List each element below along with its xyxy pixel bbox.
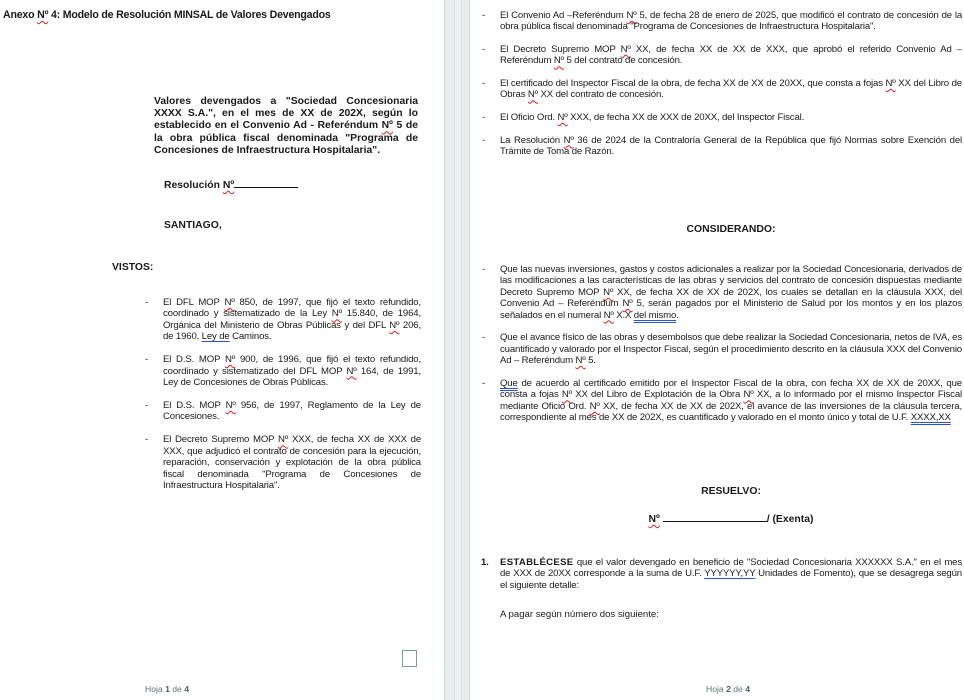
dash-bullet: - bbox=[482, 378, 485, 389]
document-page-2: - El Convenio Ad –Referéndum Nº 5, de fe… bbox=[470, 0, 964, 700]
spellcheck-word[interactable]: Nº bbox=[225, 354, 235, 365]
resolution-number-line: Resolución Nº bbox=[164, 178, 298, 191]
footer-text: Hoja bbox=[706, 684, 726, 694]
spellcheck-word[interactable]: Nº bbox=[590, 401, 600, 412]
page-indicator: Hoja 1 de 4 bbox=[145, 684, 189, 694]
item-text: 5. bbox=[586, 355, 596, 366]
city-line: SANTIAGO, bbox=[164, 220, 222, 231]
item-text: 5 del contrato de concesión. bbox=[564, 55, 682, 66]
spellcheck-word[interactable]: Nº bbox=[603, 287, 613, 298]
page-gutter-divider bbox=[444, 0, 470, 700]
vistos-heading: VISTOS: bbox=[112, 262, 153, 273]
resolution-number-field: Nº / (Exenta) bbox=[500, 512, 962, 525]
spellcheck-word[interactable]: Nº bbox=[226, 400, 236, 411]
annex-title-text: Anexo bbox=[3, 9, 37, 21]
annex-title: Anexo Nº 4: Modelo de Resolución MINSAL … bbox=[3, 9, 331, 21]
list-item: - El Decreto Supremo MOP Nº XX, de fecha… bbox=[500, 44, 962, 67]
footer-text: de bbox=[170, 684, 184, 694]
grammar-marked-text[interactable]: XXXX,XX bbox=[911, 412, 951, 423]
item-text: . bbox=[676, 310, 679, 321]
dash-bullet: - bbox=[482, 10, 485, 21]
spellcheck-word[interactable]: Nº bbox=[621, 44, 631, 55]
spellcheck-word[interactable]: Nº bbox=[382, 120, 393, 131]
blank-line bbox=[234, 178, 298, 188]
total-pages: 4 bbox=[184, 684, 189, 694]
spellcheck-word[interactable]: Nº bbox=[528, 89, 538, 100]
spellcheck-word[interactable]: Nº bbox=[278, 434, 288, 445]
spellcheck-word[interactable]: Nº bbox=[604, 310, 614, 321]
item-text: Caminos. bbox=[230, 331, 272, 342]
item-text: El Decreto Supremo MOP bbox=[163, 434, 278, 445]
item-text: El DFL MOP bbox=[163, 297, 224, 308]
spellcheck-word[interactable]: Nº bbox=[554, 55, 564, 66]
document-page-1: Anexo Nº 4: Modelo de Resolución MINSAL … bbox=[0, 0, 444, 700]
annex-title-text: 4: Modelo de Resolución MINSAL de Valore… bbox=[48, 9, 330, 21]
grammar-marked-text[interactable]: Que bbox=[500, 378, 518, 389]
blank-line bbox=[663, 512, 767, 522]
considerando-list: - Que las nuevas inversiones, gastos y c… bbox=[500, 264, 962, 435]
vistos-continued-list: - El Convenio Ad –Referéndum Nº 5, de fe… bbox=[500, 10, 962, 169]
dash-bullet: - bbox=[482, 112, 485, 123]
dash-bullet: - bbox=[482, 264, 485, 275]
spellcheck-word[interactable]: Nº bbox=[347, 366, 357, 377]
dash-bullet: - bbox=[145, 434, 148, 445]
list-item: - El D.S. MOP Nº 900, de 1996, que fijó … bbox=[163, 354, 421, 388]
item-text: XX del Libro de Explotación de la Obra bbox=[572, 389, 743, 400]
spellcheck-word[interactable]: Nº bbox=[743, 389, 753, 400]
spellcheck-word[interactable]: Nº bbox=[223, 180, 234, 191]
page-indicator: Hoja 2 de 4 bbox=[706, 684, 750, 694]
dash-bullet: - bbox=[145, 354, 148, 365]
paragraph-keyword: ESTABLÉCESE bbox=[500, 557, 574, 568]
item-text: X.X bbox=[614, 310, 634, 321]
dash-bullet: - bbox=[482, 332, 485, 343]
payment-note: A pagar según número dos siguiente: bbox=[500, 609, 659, 620]
spellcheck-word[interactable]: Nº bbox=[622, 298, 632, 309]
resolution-label: Resolución bbox=[164, 180, 223, 191]
item-text: El Oficio Ord. bbox=[500, 112, 557, 123]
spellcheck-word[interactable]: Nº bbox=[224, 297, 234, 308]
spellcheck-word[interactable]: Nº bbox=[649, 514, 660, 525]
list-item: - Que el avance físico de las obras y de… bbox=[500, 332, 962, 366]
spellcheck-word[interactable]: Nº bbox=[37, 9, 48, 21]
spellcheck-word[interactable]: Nº bbox=[332, 308, 342, 319]
item-text: El certificado del Inspector Fiscal de l… bbox=[500, 78, 886, 89]
dash-bullet: - bbox=[145, 400, 148, 411]
list-item: - La Resolución Nº 36 de 2024 de la Cont… bbox=[500, 135, 962, 158]
list-item: - Que de acuerdo al certificado emitido … bbox=[500, 378, 962, 424]
item-text: La Resolución bbox=[500, 135, 564, 146]
considerando-heading: CONSIDERANDO: bbox=[500, 224, 962, 235]
grammar-marked-text[interactable]: Ley de bbox=[202, 331, 230, 342]
paragraph-number: 1. bbox=[481, 557, 489, 568]
list-item: - El DFL MOP Nº 850, de 1997, que fijó e… bbox=[163, 297, 421, 343]
list-item: - El D.S. MOP Nº 956, de 1997, Reglament… bbox=[163, 400, 421, 423]
exenta-label: / (Exenta) bbox=[767, 514, 814, 525]
list-item: - El certificado del Inspector Fiscal de… bbox=[500, 78, 962, 101]
footer-text: Hoja bbox=[145, 684, 165, 694]
item-text: El Decreto Supremo MOP bbox=[500, 44, 621, 55]
numbered-paragraph-1: 1. ESTABLÉCESE que el valor devengado en… bbox=[500, 557, 962, 591]
item-text: Que el avance físico de las obras y dese… bbox=[500, 332, 962, 366]
abstract-text: Valores devengados a "Sociedad Concesion… bbox=[154, 96, 418, 131]
grammar-marked-text[interactable]: del mismo bbox=[634, 310, 676, 321]
item-text: El D.S. MOP bbox=[163, 354, 225, 365]
spellcheck-word[interactable]: Nº bbox=[389, 320, 399, 331]
item-text: XX del contrato de concesión. bbox=[538, 89, 664, 100]
spellcheck-word[interactable]: Nº bbox=[626, 10, 636, 21]
list-item: - El Decreto Supremo MOP Nº XXX, de fech… bbox=[163, 434, 421, 491]
item-text: XXX, de fecha XX de XXX de 20XX, del Ins… bbox=[568, 112, 805, 123]
list-item: - El Oficio Ord. Nº XXX, de fecha XX de … bbox=[500, 112, 962, 123]
list-item: - Que las nuevas inversiones, gastos y c… bbox=[500, 264, 962, 321]
item-text: El Convenio Ad –Referéndum bbox=[500, 10, 626, 21]
resolution-abstract: Valores devengados a "Sociedad Concesion… bbox=[154, 96, 418, 157]
dash-bullet: - bbox=[482, 44, 485, 55]
comment-square-icon[interactable] bbox=[402, 650, 417, 667]
footer-text: de bbox=[731, 684, 745, 694]
spellcheck-word[interactable]: Nº bbox=[557, 112, 567, 123]
item-text: El D.S. MOP bbox=[163, 400, 226, 411]
dash-bullet: - bbox=[482, 78, 485, 89]
dash-bullet: - bbox=[482, 135, 485, 146]
grammar-marked-text[interactable]: YYYYYY,YY bbox=[704, 568, 755, 579]
spellcheck-word[interactable]: Nº bbox=[562, 389, 572, 400]
resuelvo-heading: RESUELVO: bbox=[500, 486, 962, 497]
spellcheck-word[interactable]: Nº bbox=[575, 355, 585, 366]
spellcheck-word[interactable]: Nº bbox=[886, 78, 896, 89]
vistos-list: - El DFL MOP Nº 850, de 1997, que fijó e… bbox=[163, 297, 421, 503]
list-item: - El Convenio Ad –Referéndum Nº 5, de fe… bbox=[500, 10, 962, 33]
dash-bullet: - bbox=[145, 297, 148, 308]
total-pages: 4 bbox=[745, 684, 750, 694]
spellcheck-word[interactable]: Nº bbox=[564, 135, 574, 146]
